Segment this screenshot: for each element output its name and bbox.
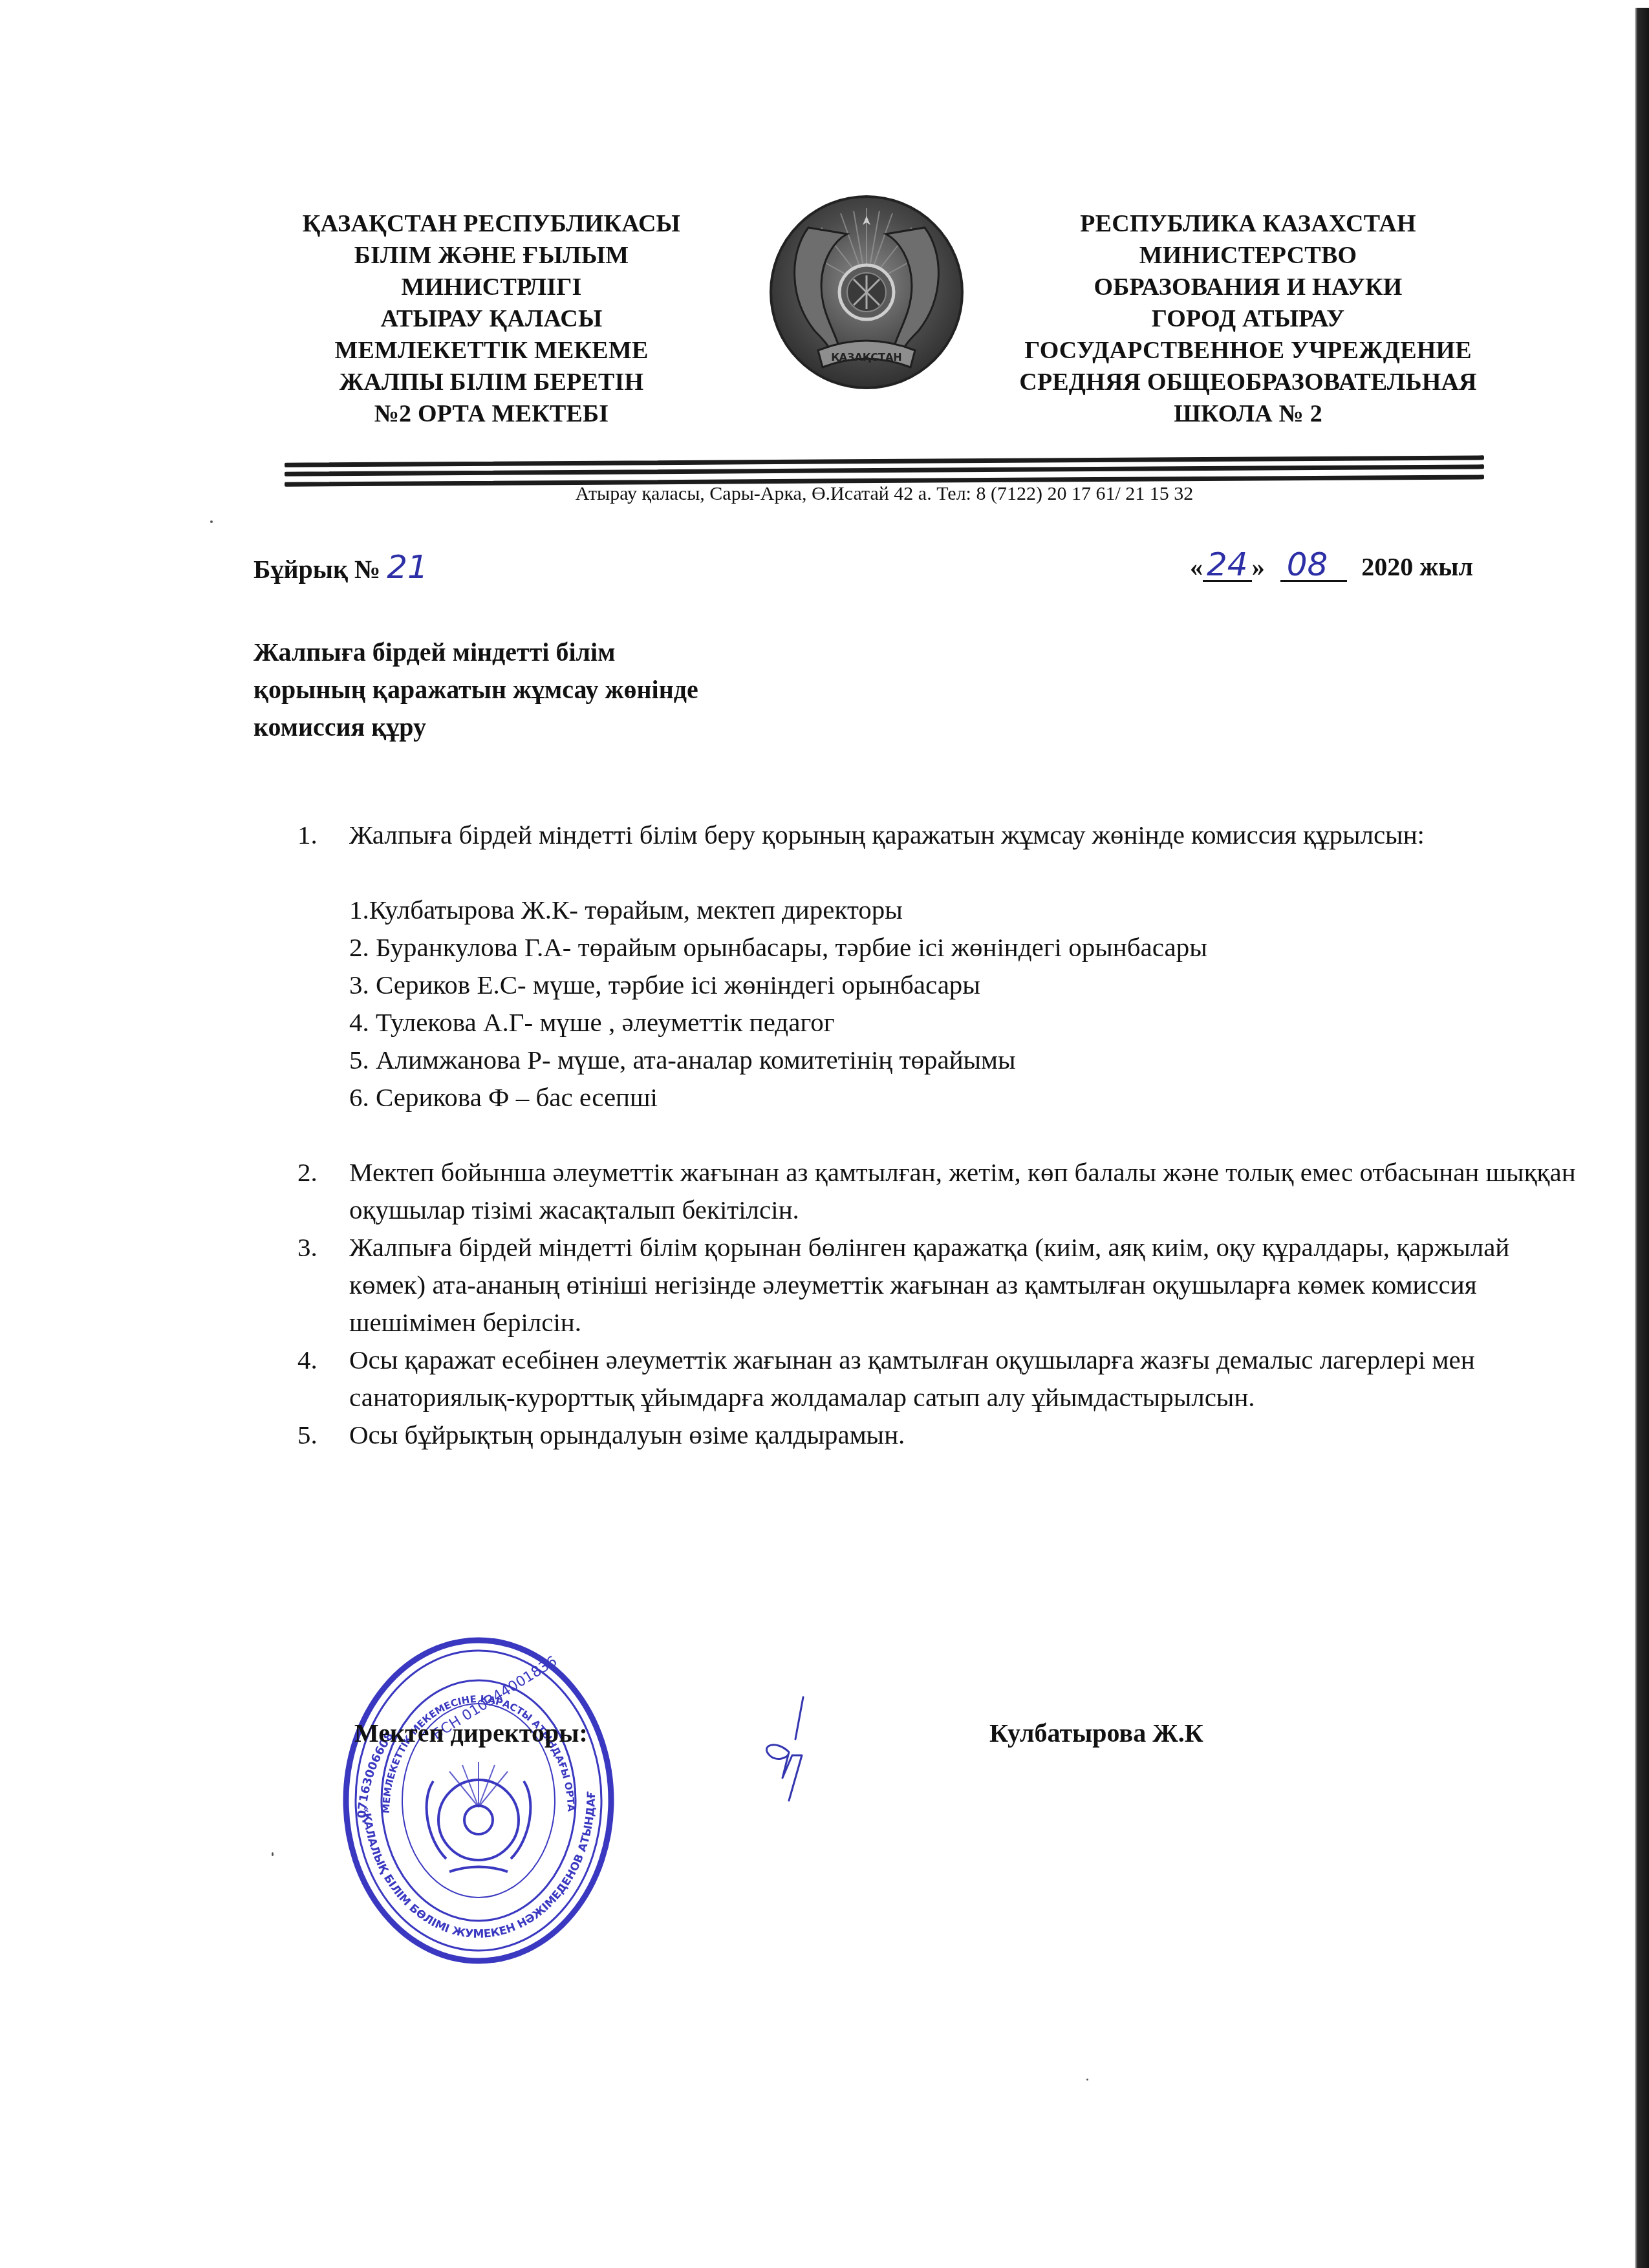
- header-line: СРЕДНЯЯ ОБЩЕОБРАЗОВАТЕЛЬНАЯ: [996, 367, 1500, 398]
- divider-line: [285, 464, 1484, 476]
- subject-line: комиссия құру: [253, 709, 698, 746]
- order-item: 5. Осы бұйрықтың орындалуын өзіме қалдыр…: [297, 1416, 1526, 1453]
- item-text: Жалпыға бірдей міндетті білім қорынан бө…: [349, 1232, 1509, 1337]
- header-line: РЕСПУБЛИКА КАЗАХСТАН: [996, 208, 1500, 240]
- item-number: 1.: [297, 816, 318, 853]
- signatory-title: Мектеп директоры:: [354, 1717, 588, 1749]
- scan-speck: [272, 1852, 274, 1856]
- order-item: 1. Жалпыға бірдей міндетті білім беру қо…: [297, 816, 1526, 853]
- order-item: 3. Жалпыға бірдей міндетті білім қорынан…: [297, 1228, 1526, 1341]
- item-text: Жалпыға бірдей міндетті білім беру қорын…: [349, 820, 1425, 850]
- item-number: 3.: [297, 1228, 318, 1266]
- item-number: 4.: [297, 1341, 318, 1378]
- header-line: АТЫРАУ ҚАЛАСЫ: [278, 303, 705, 335]
- order-number: Бұйрық № 21: [253, 551, 428, 586]
- member-entry: 6. Серикова Ф – бас есепші: [349, 1078, 1526, 1116]
- item-number: 2.: [297, 1153, 318, 1191]
- header-line: ОБРАЗОВАНИЯ И НАУКИ: [996, 272, 1500, 303]
- header-line: ГОРОД АТЫРАУ: [996, 303, 1500, 335]
- svg-text:«ҚАЛАЛЫҚ БІЛІМ БӨЛІМІ ЖУМЕКЕН: «ҚАЛАЛЫҚ БІЛІМ БӨЛІМІ ЖУМЕКЕН НӘЖІМЕДЕНО…: [336, 1632, 598, 1941]
- date-month-handwritten: 08: [1287, 546, 1328, 583]
- member-entry: 1.Кулбатырова Ж.К- төрайым, мектеп дирек…: [349, 891, 1526, 928]
- official-stamp-icon: 07163006608 МЕМЛЕКЕТТІК МЕКЕМЕСІНЕ ҚАРАС…: [336, 1632, 621, 1969]
- handwritten-signature-icon: [750, 1694, 828, 1804]
- commission-members: 1.Кулбатырова Ж.К- төрайым, мектеп дирек…: [349, 891, 1526, 1116]
- header-line: МИНИСТРЛІГІ: [278, 272, 705, 303]
- item-number: 5.: [297, 1416, 318, 1453]
- item-text: Осы қаражат есебінен әлеуметтік жағынан …: [349, 1345, 1475, 1412]
- kazakhstan-coat-of-arms-icon: ҚАЗАҚСТАН: [763, 189, 970, 396]
- scan-speck: [1086, 2079, 1088, 2081]
- order-subject: Жалпыға бірдей міндетті білім қорының қа…: [253, 634, 698, 746]
- order-item: 4. Осы қаражат есебінен әлеуметтік жағын…: [297, 1341, 1578, 1416]
- header-line: №2 ОРТА МЕКТЕБІ: [278, 398, 705, 430]
- order-number-handwritten: 21: [387, 548, 428, 586]
- header-russian: РЕСПУБЛИКА КАЗАХСТАН МИНИСТЕРСТВО ОБРАЗО…: [996, 208, 1500, 430]
- member-entry: 2. Буранкулова Г.А- төрайым орынбасары, …: [349, 928, 1526, 966]
- scan-speck: [210, 520, 213, 523]
- date-day-handwritten: 24: [1207, 546, 1248, 583]
- school-address: Атырау қаласы, Сары-Арка, Ө.Исатай 42 а.…: [285, 481, 1484, 507]
- member-entry: 4. Тулекова А.Г- мүше , әлеуметтік педаг…: [349, 1003, 1526, 1041]
- order-item: 2. Мектеп бойынша әлеуметтік жағынан аз …: [297, 1153, 1578, 1228]
- quote-close: »: [1252, 552, 1265, 581]
- header-line: ШКОЛА № 2: [996, 398, 1500, 430]
- order-label: Бұйрық №: [253, 555, 380, 584]
- item-text: Осы бұйрықтың орындалуын өзіме қалдырамы…: [349, 1420, 905, 1450]
- date-year: 2020 жыл: [1361, 552, 1473, 581]
- member-entry: 5. Алимжанова Р- мүше, ата-аналар комите…: [349, 1041, 1526, 1078]
- header-line: ҚАЗАҚСТАН РЕСПУБЛИКАСЫ: [278, 208, 705, 240]
- svg-text:ҚАЗАҚСТАН: ҚАЗАҚСТАН: [831, 351, 901, 363]
- scan-page-edge: [1635, 8, 1649, 2268]
- order-date: «24» 08 2020 жыл: [1190, 551, 1473, 583]
- member-entry: 3. Сериков Е.С- мүше, тәрбие ісі жөнінде…: [349, 966, 1526, 1003]
- item-text: Мектеп бойынша әлеуметтік жағынан аз қам…: [349, 1157, 1576, 1225]
- header-line: ЖАЛПЫ БІЛІМ БЕРЕТІН: [278, 367, 705, 398]
- header-line: ГОСУДАРСТВЕННОЕ УЧРЕЖДЕНИЕ: [996, 335, 1500, 367]
- header-line: БІЛІМ ЖӘНЕ ҒЫЛЫМ: [278, 240, 705, 272]
- header-kazakh: ҚАЗАҚСТАН РЕСПУБЛИКАСЫ БІЛІМ ЖӘНЕ ҒЫЛЫМ …: [278, 208, 705, 430]
- order-body: 1. Жалпыға бірдей міндетті білім беру қо…: [297, 816, 1526, 1453]
- subject-line: Жалпыға бірдей міндетті білім: [253, 634, 698, 671]
- subject-line: қорының қаражатын жұмсау жөнінде: [253, 671, 698, 709]
- signatory-name: Кулбатырова Ж.К: [989, 1717, 1203, 1749]
- header-line: МИНИСТЕРСТВО: [996, 240, 1500, 272]
- quote-open: «: [1190, 552, 1203, 581]
- header-line: МЕМЛЕКЕТТІК МЕКЕМЕ: [278, 335, 705, 367]
